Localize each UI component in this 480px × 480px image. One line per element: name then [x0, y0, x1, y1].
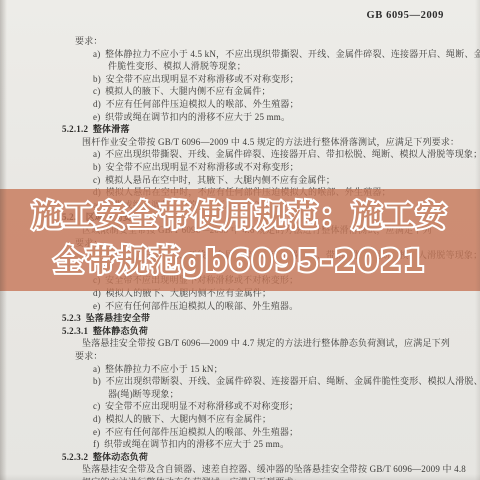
- doc-line-6: e) 织带或绳在调节扣内的滑移不应大于 25 mm。: [93, 112, 290, 122]
- overlay-title-line1: 施工安全带使用规范：施工安: [0, 194, 480, 239]
- doc-line-9: a) 不应出现织带撕裂、开线、金属件碎裂、连接器开启、带扣松脱、绳断、模拟人滑脱…: [93, 149, 480, 159]
- doc-line-28: 器(绳)断等现象；: [108, 389, 179, 399]
- doc-line-31: e) 不应有任何部件压迫模拟人的喉部、外生殖器；: [93, 427, 298, 437]
- doc-line-23: 5.2.3.1 整体静态负荷: [62, 326, 148, 336]
- doc-line-27: b) 不应出现织带断裂、开线、金属件碎裂、连接器开启、绳断、金属件脆性变形、模拟…: [93, 376, 480, 386]
- doc-line-5: d) 不应有任何部件压迫模拟人的喉部、外生殖器；: [93, 99, 299, 109]
- overlay-title: 施工安全带使用规范：施工安 全带规范gb6095-2021: [0, 194, 480, 284]
- doc-line-1: a) 整体静拉力不应小于 4.5 kN，不应出现织带撕裂、开线、金属件碎裂、连接…: [93, 49, 480, 59]
- doc-line-21: e) 不应有任何部件压迫模拟人的喉部、外生殖器。: [93, 301, 298, 311]
- overlay-title-line2: 全带规范gb6095-2021: [0, 239, 480, 284]
- doc-line-10: b) 安全带不应出现明显不对称滑移或不对称变形；: [93, 162, 299, 172]
- doc-line-24: 坠落悬挂安全带按 GB/T 6096—2009 中 4.7 规定的方法进行整体静…: [82, 338, 450, 348]
- doc-line-7: 5.2.1.2 整体滑落: [62, 124, 130, 134]
- doc-line-34: 坠落悬挂安全带及含自锁器、速差自控器、缓冲器的坠落悬挂安全带按 GB/T 609…: [82, 464, 466, 474]
- doc-line-8: 围杆作业安全带按 GB/T 6096—2009 中 4.5 规定的方法进行整体滑…: [82, 137, 459, 147]
- doc-line-26: a) 整体静拉力不应小于 15 kN；: [93, 364, 223, 374]
- doc-line-0: 要求：: [75, 36, 103, 46]
- doc-line-2: 件脆性变形、模拟人滑脱等现象；: [108, 61, 246, 71]
- doc-line-30: d) 模拟人的腋下、大腿内侧不应有金属件；: [93, 414, 271, 424]
- doc-line-25: 要求：: [75, 351, 103, 361]
- doc-line-4: c) 模拟人的腋下、大腿内侧不应有金属件；: [93, 86, 271, 96]
- doc-line-29: c) 安全带不应出现明显不对称滑移或不对称变形；: [93, 401, 298, 411]
- document-page: GB 6095—2009 要求：a) 整体静拉力不应小于 4.5 kN，不应出现…: [0, 0, 480, 480]
- standard-number: GB 6095—2009: [367, 10, 445, 21]
- doc-line-22: 5.2.3 坠落悬挂安全带: [62, 313, 150, 323]
- doc-line-32: f) 织带或绳在调节扣内的滑移不应大于 25 mm。: [93, 439, 289, 449]
- doc-line-33: 5.2.3.2 整体动态负荷: [62, 452, 148, 462]
- doc-line-3: b) 安全带不应出现明显不对称滑移或不对称变形；: [93, 74, 299, 84]
- doc-line-11: c) 模拟人悬吊在空中时，其腋下、大腿内侧不应有金属件；: [93, 175, 335, 185]
